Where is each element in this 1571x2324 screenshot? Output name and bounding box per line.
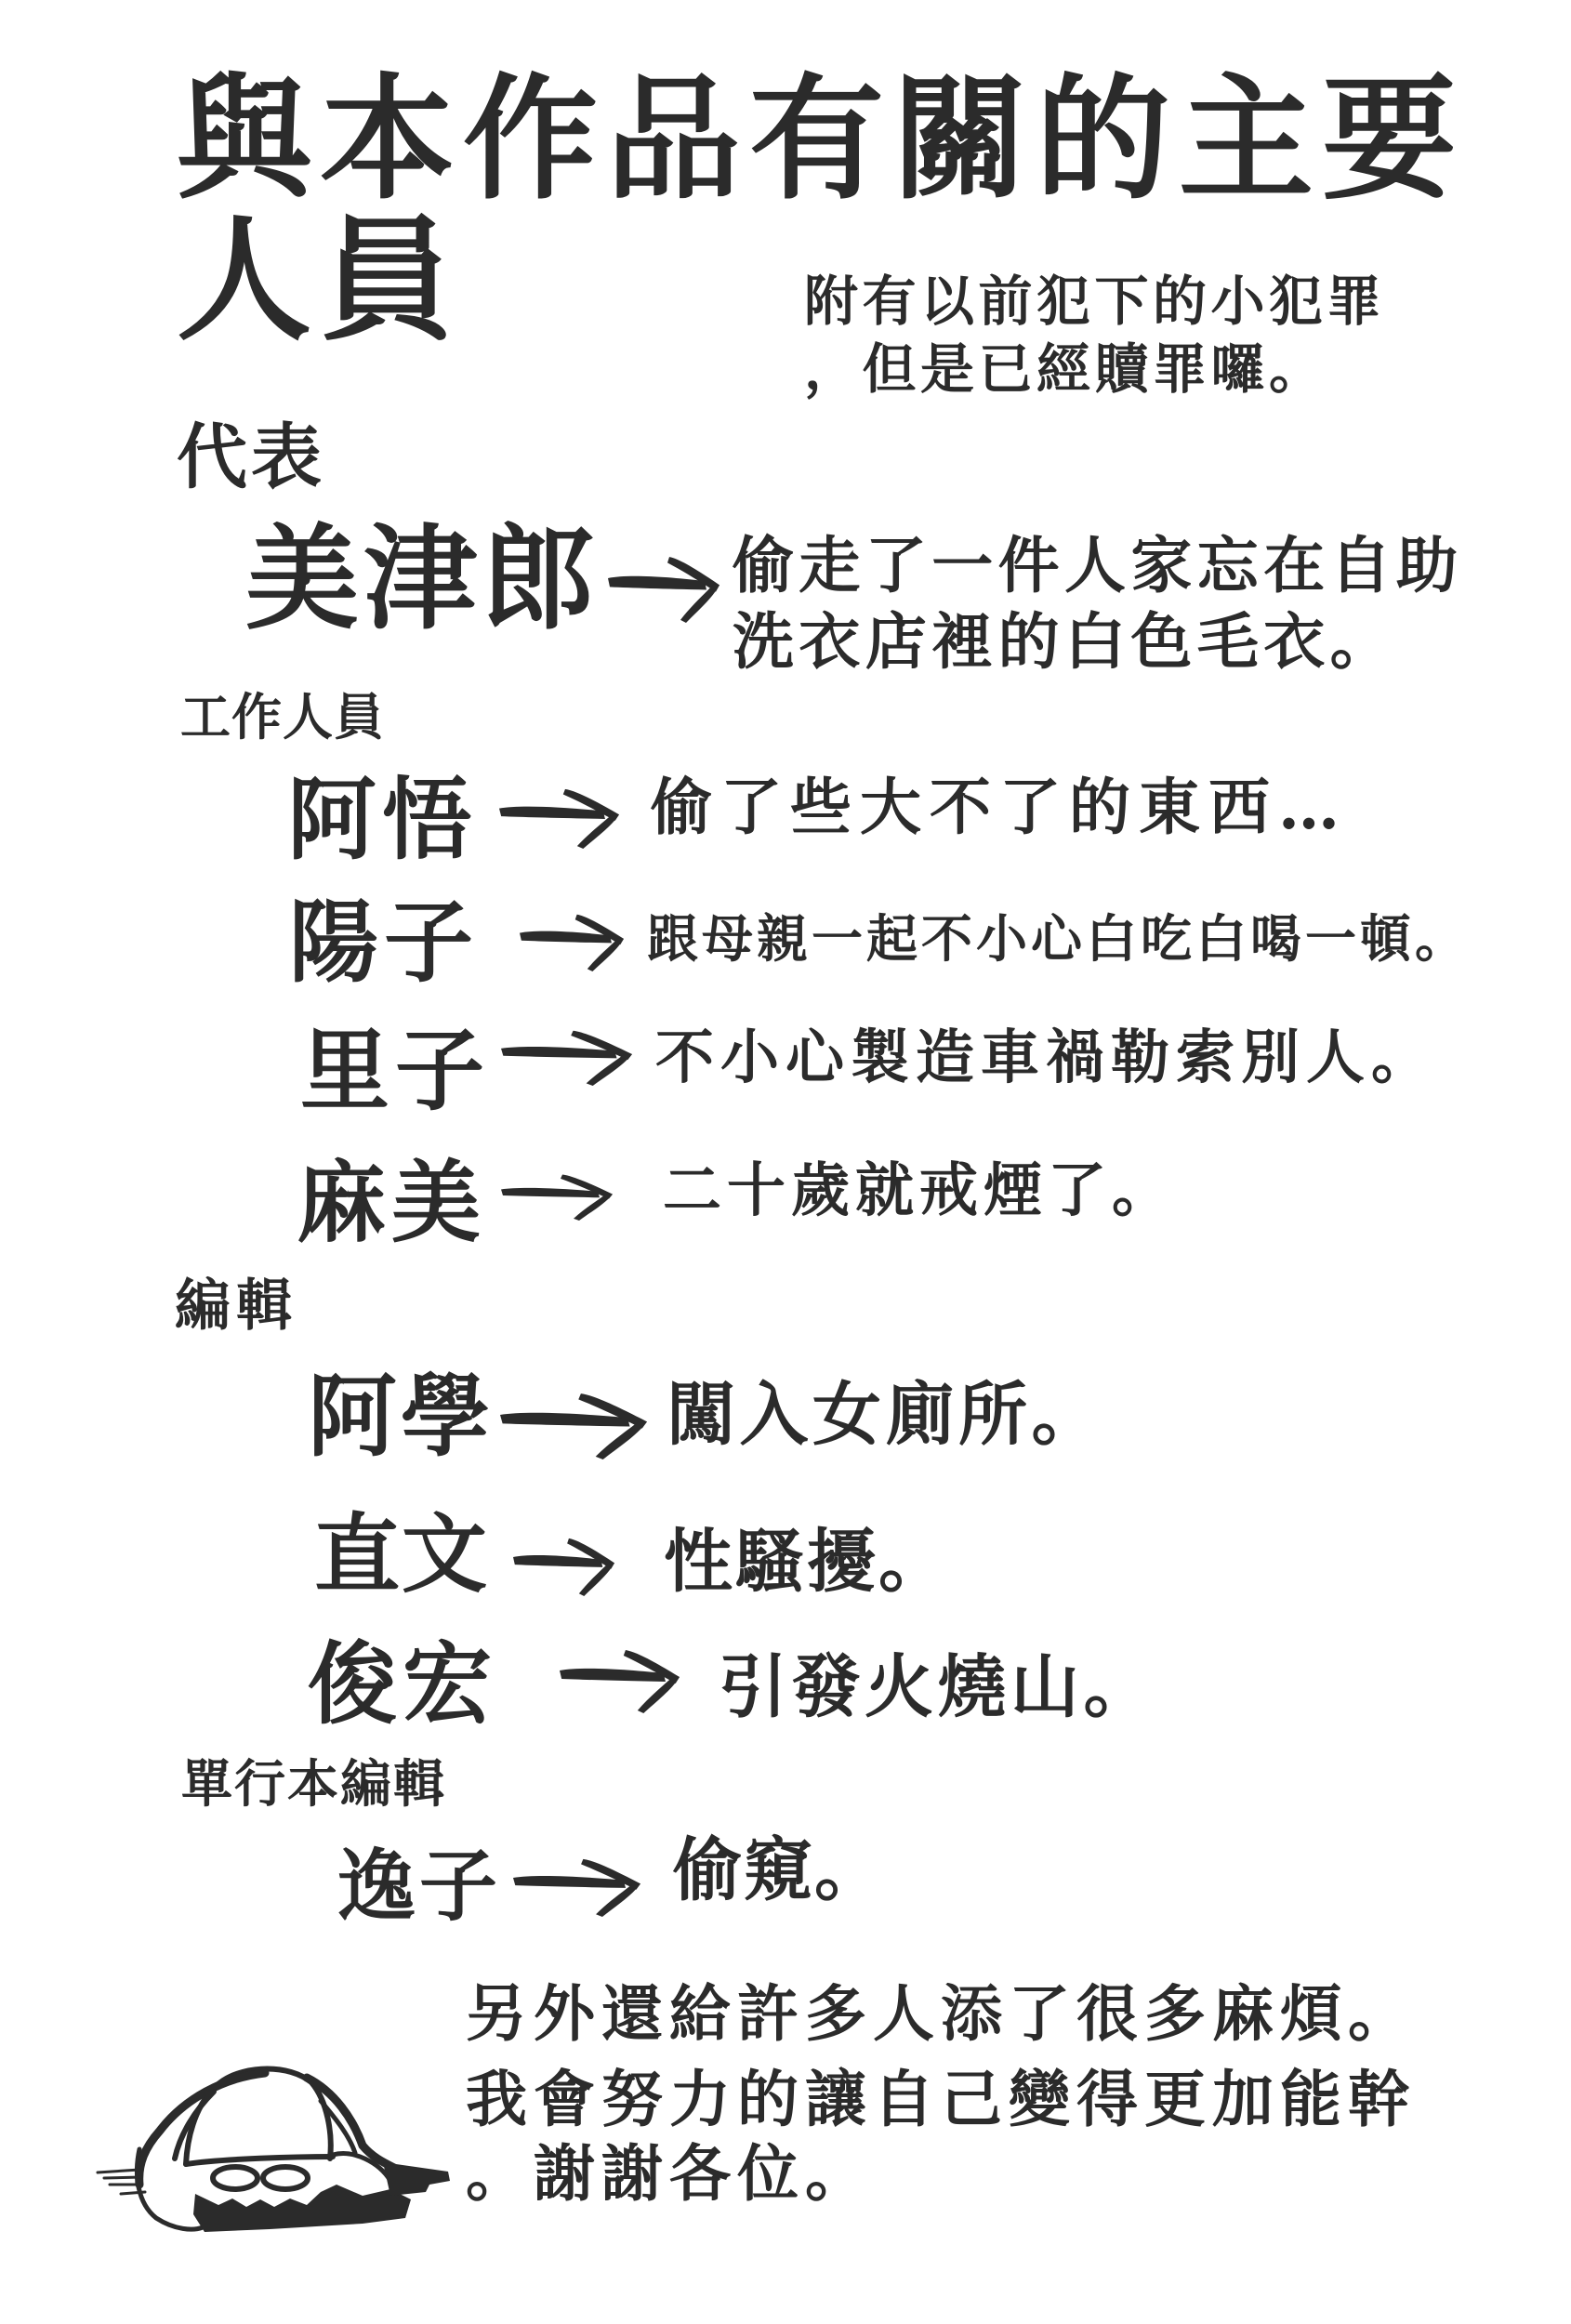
- member-name: 直文: [314, 1512, 489, 1597]
- arrow-right-icon: [520, 913, 624, 971]
- section-label-book-editor: 單行本編輯: [181, 1758, 446, 1809]
- note-line-1: 附有以前犯下的小犯罪: [804, 274, 1385, 328]
- arrow-right-icon: [513, 1537, 614, 1596]
- member-name: 阿學: [308, 1372, 494, 1461]
- page-title-line-1: 與本作品有關的主要: [177, 73, 1465, 207]
- closing-line-1: 另外還給許多人添了很多麻煩。: [466, 1983, 1416, 2044]
- member-name: 逸子: [337, 1847, 501, 1925]
- member-offense-line-1: 偷走了一件人家忘在自助: [733, 535, 1462, 596]
- section-label-staff: 工作人員: [180, 692, 385, 742]
- member-offense: 不小心製造車禍勒索別人。: [655, 1028, 1436, 1087]
- member-name: 美津郎: [245, 522, 600, 635]
- member-offense-line-2: 洗衣店裡的白色毛衣。: [733, 611, 1396, 672]
- closing-line-3: 。謝謝各位。: [466, 2143, 873, 2204]
- member-name: 俊宏: [308, 1640, 497, 1729]
- member-name: 陽子: [289, 898, 479, 987]
- member-name: 麻美: [297, 1158, 486, 1248]
- bowing-figure-icon: [84, 2045, 474, 2250]
- member-offense: 跟母親一起不小心白吃白喝一頓。: [647, 913, 1470, 964]
- arrow-right-icon: [560, 1648, 680, 1713]
- arrow-right-icon: [500, 1392, 647, 1459]
- member-offense: 闖入女廁所。: [667, 1380, 1104, 1449]
- member-offense: 性騷擾。: [664, 1527, 950, 1596]
- member-offense: 偷窺。: [673, 1836, 885, 1905]
- arrow-right-icon: [501, 1029, 632, 1086]
- arrow-right-icon: [499, 787, 619, 849]
- section-label-editors: 編輯: [175, 1278, 297, 1334]
- page-title-line-2: 人員: [177, 214, 463, 349]
- section-label-representative: 代表: [177, 422, 325, 493]
- arrow-right-icon: [513, 1857, 640, 1917]
- note-line-2: ，但是已經贖罪囉。: [804, 342, 1327, 396]
- member-offense: 二十歲就戒煙了。: [663, 1161, 1176, 1220]
- arrow-right-icon: [608, 555, 719, 623]
- arrow-right-icon: [501, 1173, 613, 1221]
- closing-line-2: 我會努力的讓自己變得更加能幹: [466, 2068, 1416, 2130]
- member-name: 阿悟: [287, 775, 477, 865]
- member-offense: 偷了些大不了的東西…: [651, 776, 1348, 838]
- member-offense: 引發火燒山。: [719, 1653, 1156, 1722]
- member-name: 里子: [300, 1026, 490, 1116]
